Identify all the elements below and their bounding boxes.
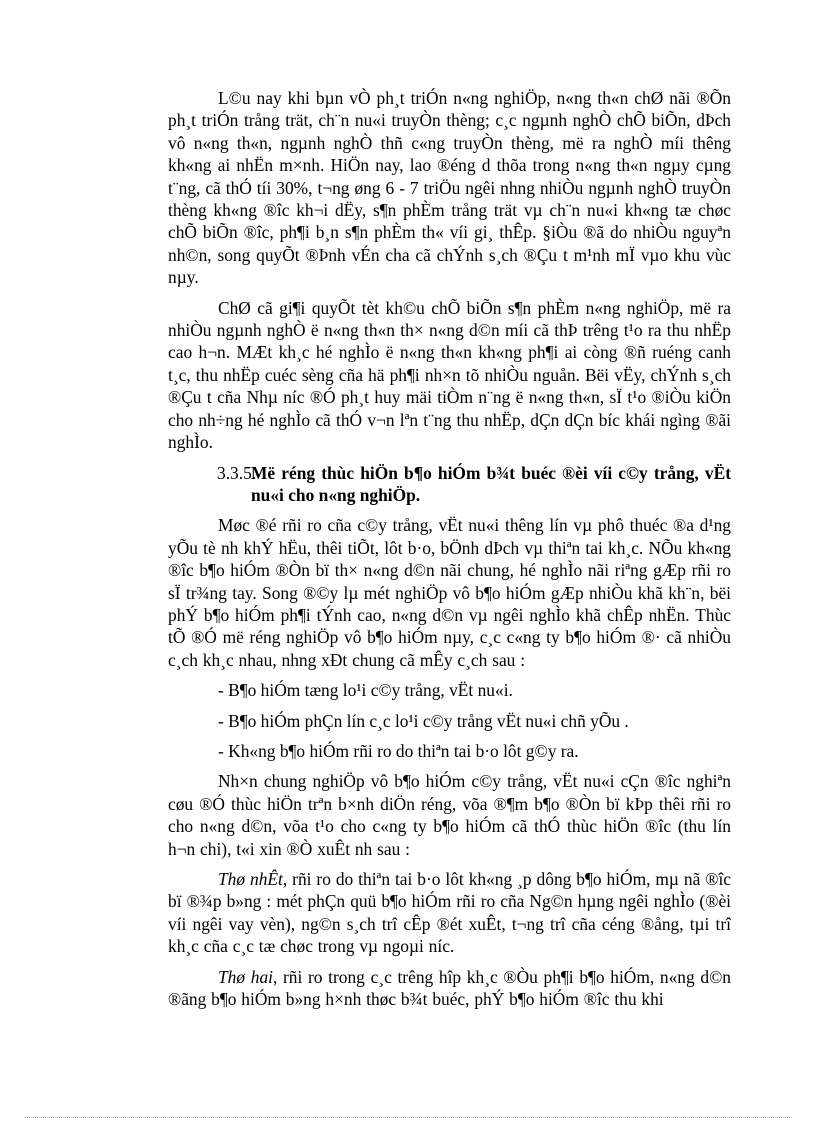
paragraph-risk-level: Møc ®é rñi ro cña c©y trång, vËt nu«i th… [168,514,731,671]
paragraph-first-proposal: Thø nhÊt, rñi ro do thiªn tai b·o lôt kh… [168,868,731,958]
paragraph-rural-development: L©u nay khi bµn vÒ ph¸t triÓn n«ng nghiÖ… [168,87,731,289]
second-label: Thø hai [218,967,273,987]
list-item: - Kh«ng b¶o hiÓm rñi ro do thiªn tai b·o… [218,740,731,762]
paragraph-second-proposal: Thø hai, rñi ro trong c¸c tr­êng hîp kh¸… [168,966,731,1011]
list-item: - B¶o hiÓm phÇn lín c¸c lo¹i c©y trång v… [218,710,731,732]
first-label: Thø nhÊt [218,869,283,889]
paragraph-processing-solution: ChØ cã gi¶i quyÕt tèt kh©u chÕ biÕn s¶n … [168,297,731,454]
section-number: 3.3.5. [217,462,251,507]
paragraph-proposal-intro: Nh×n chung nghiÖp vô b¶o hiÓm c©y trång,… [168,770,731,860]
page-bottom-divider [25,1117,792,1118]
document-page: L©u nay khi bµn vÒ ph¸t triÓn n«ng nghiÖ… [168,87,731,1018]
section-heading: 3.3.5. Më réng thùc hiÖn b¶o hiÓm b¾t bu… [217,462,731,507]
list-item: - B¶o hiÓm tæng lo¹i c©y trång, vËt nu«i… [218,679,731,701]
section-title: Më réng thùc hiÖn b¶o hiÓm b¾t buéc ®èi … [251,462,731,507]
